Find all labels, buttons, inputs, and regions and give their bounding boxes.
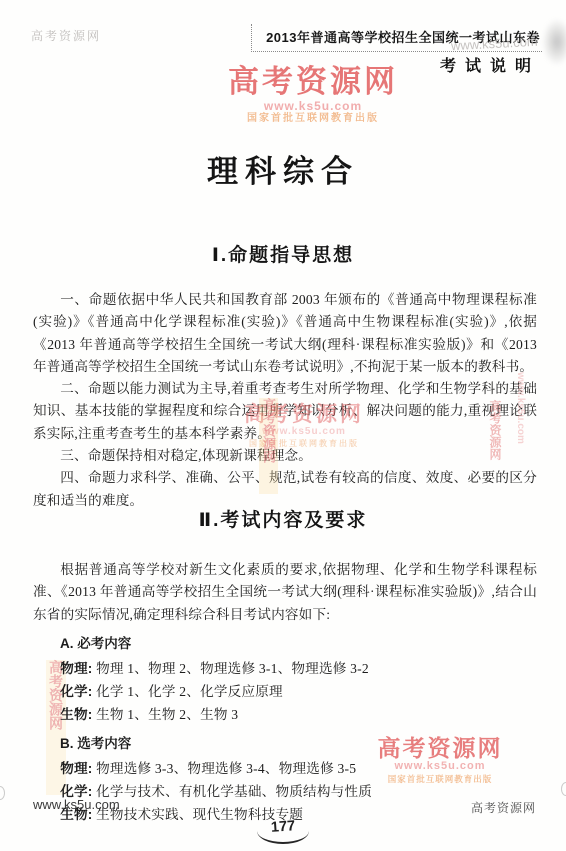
section1-heading: Ⅰ.命题指导思想 [0,240,566,267]
scan-edge-mark-right [561,782,566,796]
item-label: 物理: [60,661,92,676]
list-b-heading: B. 选考内容 [33,733,537,754]
watermark-url-text: www.ks5u.com [218,100,408,113]
watermark-tagline-text: 国家首批互联网教育出版 [218,114,408,125]
section2-heading: Ⅱ.考试内容及要求 [0,505,566,532]
list-item-biology-a: 生物: 生物 1、生物 2、生物 3 [33,703,537,726]
item-content: 化学 1、化学 2、化学反应原理 [96,684,283,699]
paragraph-1: 一、命题依据中华人民共和国教育部 2003 年颁布的《普通高中物理课程标准(实验… [33,289,537,378]
item-label: 生物: [60,707,92,722]
item-content: 物理 1、物理 2、物理选修 3-1、物理选修 3-2 [96,661,369,676]
section2-body: 根据普通高等学校对新生文化素质的要求,依据物理、化学和生物学科课程标准、《201… [33,559,537,826]
page-title: 理科综合 [0,146,566,191]
item-label: 化学: [60,684,92,699]
item-content: 物理选修 3-3、物理选修 3-4、物理选修 3-5 [96,761,356,776]
doc-subtitle: 考试说明 [251,53,542,76]
footer-site-name: 高考资源网 [471,799,536,816]
page-number-block: 177 [0,818,566,844]
section1-body: 一、命题依据中华人民共和国教育部 2003 年颁布的《普通高中物理课程标准(实验… [33,289,537,512]
list-item-physics-a: 物理: 物理 1、物理 2、物理选修 3-1、物理选修 3-2 [33,657,537,680]
page-number: 177 [270,818,295,836]
list-item-physics-b: 物理: 物理选修 3-3、物理选修 3-4、物理选修 3-5 [33,757,537,780]
vertical-watermark-url: www.ks5u.com [515,372,526,467]
scan-smudge [542,18,566,66]
scan-edge-mark-left [0,786,5,800]
item-content: 化学与技术、有机化学基础、物质结构与性质 [96,784,372,799]
item-content: 生物 1、生物 2、生物 3 [96,707,238,722]
list-item-chemistry-a: 化学: 化学 1、化学 2、化学反应原理 [33,680,537,703]
paragraph-3: 三、命题保持相对稳定,体现新课程理念。 [33,445,537,467]
paragraph-2: 二、命题以能力测试为主导,着重考查考生对所学物理、化学和生物学科的基础知识、基本… [33,378,537,445]
section2-intro: 根据普通高等学校对新生文化素质的要求,依据物理、化学和生物学科课程标准、《201… [33,559,537,626]
item-label: 物理: [60,761,92,776]
document-page: 高考资源网 2013年普通高等学校招生全国统一考试山东卷 考试说明 www.ks… [0,0,566,851]
corner-watermark: 高考资源网 [31,27,101,44]
list-a-heading: A. 必考内容 [33,633,537,654]
footer-url: www.ks5u.com [33,797,120,812]
